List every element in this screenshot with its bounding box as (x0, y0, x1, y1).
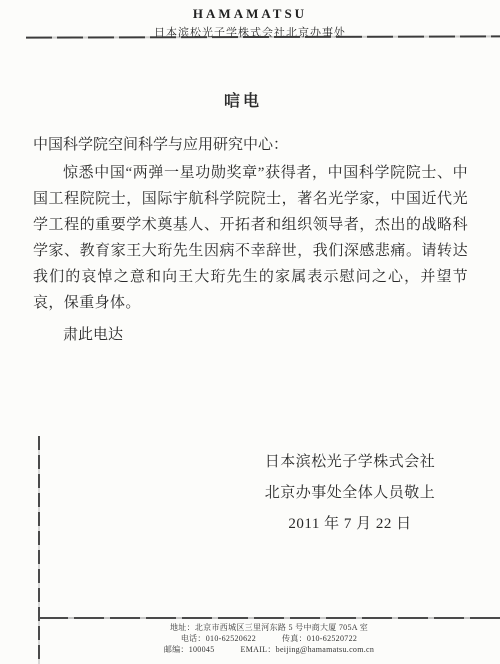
footer-contact-info: 地址：北京市西城区三里河东路 5 号中商大厦 705A 室 电话：010-625… (38, 622, 500, 655)
scanned-letter-page: HAMAMATSU 日本滨松光子学株式会社北京办事处 唁电 中国科学院空间科学与… (0, 0, 500, 664)
salutation: 中国科学院空间科学与应用研究中心： (33, 132, 468, 158)
footer-postcode-line: 邮编：100045EMAIL：beijing@hamamatsu.com.cn (38, 644, 500, 655)
footer-email: EMAIL：beijing@hamamatsu.com.cn (241, 645, 375, 654)
footer-divider (38, 617, 500, 619)
signature-block: 日本滨松光子学株式会社 北京办事处全体人员敬上 2011 年 7 月 22 日 (264, 447, 436, 540)
footer-address-line: 地址：北京市西城区三里河东路 5 号中商大厦 705A 室 (38, 622, 500, 633)
footer-postcode: 邮编：100045 (164, 645, 215, 654)
footer-address: 地址：北京市西城区三里河东路 5 号中商大厦 705A 室 (170, 623, 368, 632)
signature-date: 2011 年 7 月 22 日 (264, 509, 436, 540)
footer-phone-line: 电话：010-62520622传真：010-62520722 (38, 633, 500, 644)
signature-company: 日本滨松光子学株式会社 (264, 447, 436, 478)
footer-phone: 电话：010-62520622 (181, 634, 256, 643)
company-logo-text: HAMAMATSU (0, 6, 500, 22)
document-title: 唁电 (0, 88, 486, 111)
signature-sender: 北京办事处全体人员敬上 (264, 478, 436, 509)
footer-fax: 传真：010-62520722 (282, 634, 357, 643)
closing-phrase: 肃此电达 (33, 322, 468, 348)
letter-paragraph: 惊悉中国“两弹一星功勋奖章”获得者，中国科学院院士、中国工程院院士，国际宇航科学… (33, 160, 468, 316)
letter-body: 中国科学院空间科学与应用研究中心： 惊悉中国“两弹一星功勋奖章”获得者，中国科学… (33, 132, 468, 348)
